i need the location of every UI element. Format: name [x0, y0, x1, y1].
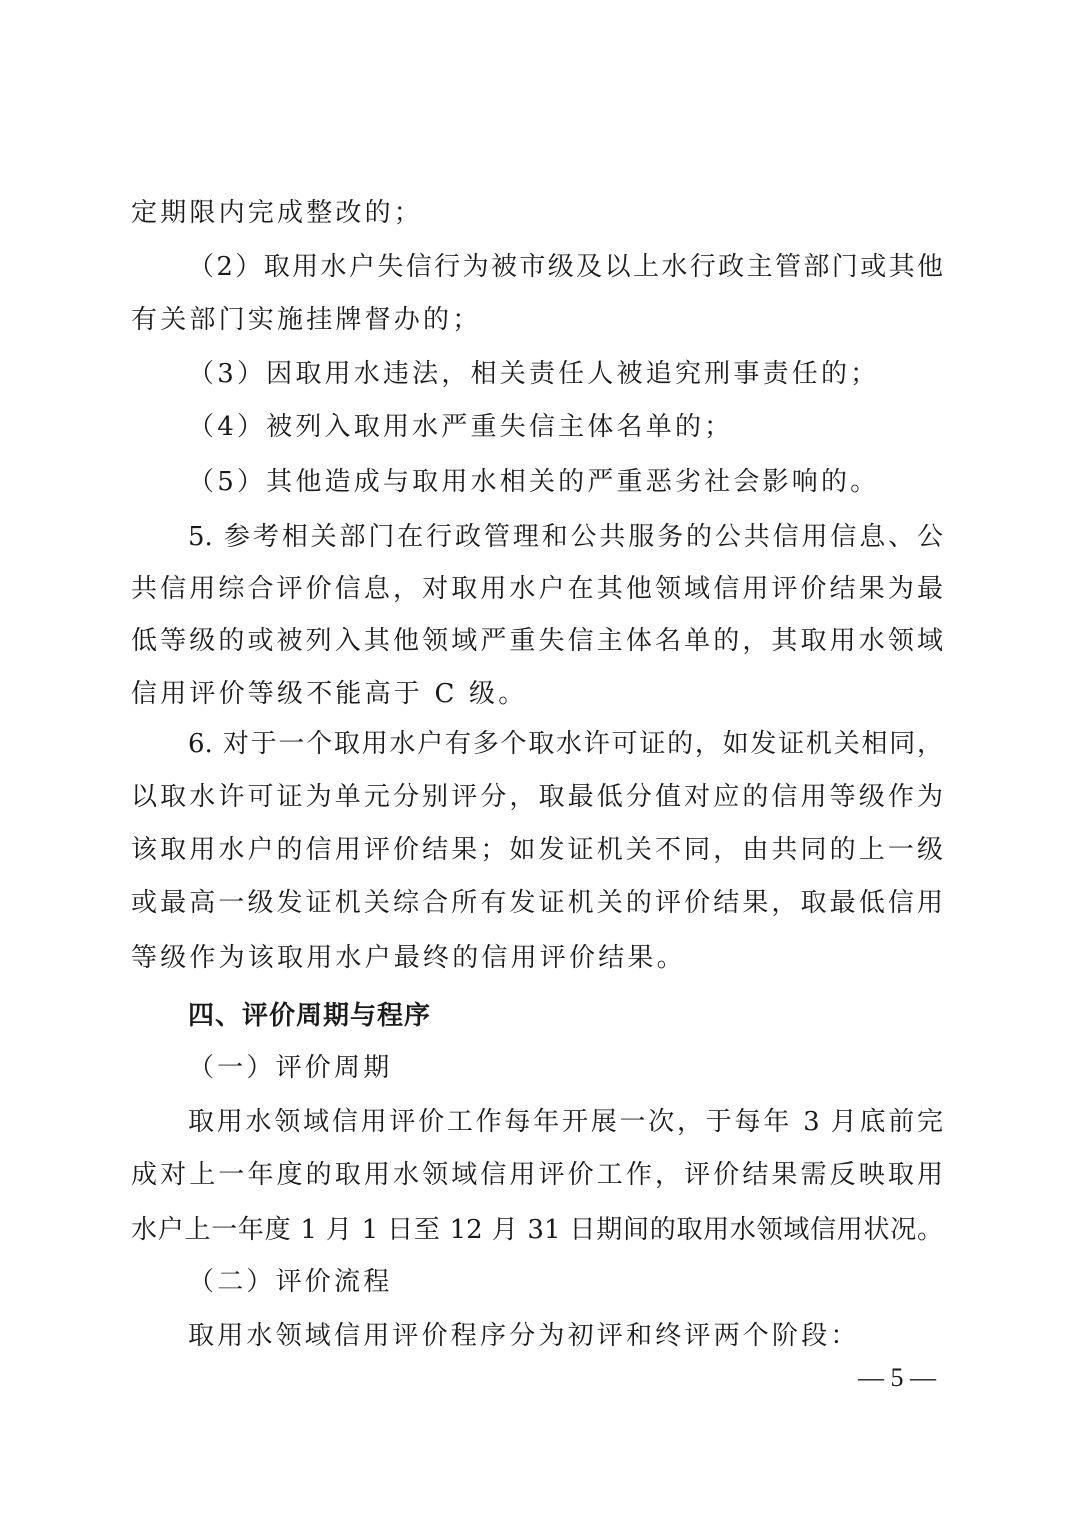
page-number: — 5 — [858, 1362, 936, 1394]
paragraph-line: （2）取用水户失信行为被市级及以上水行政主管部门或其他 [188, 250, 943, 284]
paragraph-line: 取用水领域信用评价程序分为初评和终评两个阶段： [188, 1319, 943, 1353]
paragraph-line: 该取用水户的信用评价结果；如发证机关不同，由共同的上一级 [131, 833, 943, 867]
section-heading: 四、评价周期与程序 [188, 999, 943, 1033]
paragraph-line: 取用水领域信用评价工作每年开展一次，于每年 3 月底前完 [188, 1105, 943, 1139]
paragraph-line: 或最高一级发证机关综合所有发证机关的评价结果，取最低信用 [131, 886, 943, 920]
paragraph-line: 5. 参考相关部门在行政管理和公共服务的公共信用信息、公 [188, 520, 943, 554]
subsection-heading: （二）评价流程 [188, 1265, 943, 1299]
paragraph-line: （4）被列入取用水严重失信主体名单的； [188, 410, 943, 444]
paragraph-line: 等级作为该取用水户最终的信用评价结果。 [131, 941, 943, 975]
paragraph-line: 以取水许可证为单元分别评分，取最低分值对应的信用等级作为 [131, 780, 943, 814]
paragraph-line: 信用评价等级不能高于 C 级。 [131, 677, 943, 711]
paragraph-line: （3）因取用水违法，相关责任人被追究刑事责任的； [188, 357, 943, 391]
paragraph-line: 有关部门实施挂牌督办的； [131, 303, 943, 337]
paragraph-line: 水户上一年度 1 月 1 日至 12 月 31 日期间的取用水领域信用状况。 [131, 1213, 943, 1247]
paragraph-line: （5）其他造成与取用水相关的严重恶劣社会影响的。 [188, 465, 943, 499]
subsection-heading: （一）评价周期 [188, 1051, 943, 1085]
paragraph-line: 低等级的或被列入其他领域严重失信主体名单的，其取用水领域 [131, 624, 943, 658]
paragraph-line: 6. 对于一个取用水户有多个取水许可证的，如发证机关相同， [188, 727, 943, 761]
paragraph-line: 成对上一年度的取用水领域信用评价工作，评价结果需反映取用 [131, 1158, 943, 1192]
paragraph-line: 定期限内完成整改的； [131, 196, 943, 230]
document-page: 定期限内完成整改的； （2）取用水户失信行为被市级及以上水行政主管部门或其他 有… [0, 0, 1074, 1520]
paragraph-line: 共信用综合评价信息，对取用水户在其他领域信用评价结果为最 [131, 572, 943, 606]
